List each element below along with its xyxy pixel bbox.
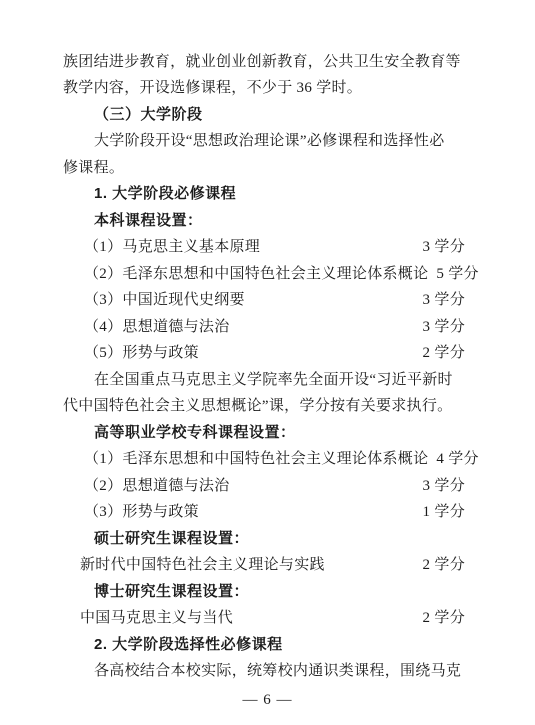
line-text: （4）思想道德与法治 [84,315,230,336]
course-line: （1）马克思主义基本原理3 学分 [63,233,465,260]
body-line: 大学阶段开设“思想政治理论课”必修课程和选择性必 [63,127,465,154]
course-line: （2）毛泽东思想和中国特色社会主义理论体系概论5 学分 [63,259,465,286]
heading-line: 本科课程设置： [63,206,465,233]
credit-value: 3 学分 [415,288,465,309]
body-line: 各高校结合本校实际，统筹校内通识类课程，围绕马克 [63,657,465,684]
course-line: （4）思想道德与法治3 学分 [63,312,465,339]
course-line: （2）思想道德与法治3 学分 [63,471,465,498]
document-page: 族团结进步教育，就业创业创新教育，公共卫生安全教育等教学内容，开设选修课程，不少… [0,0,535,725]
line-text: 代中国特色社会主义思想概论”课，学分按有关要求执行。 [63,394,452,415]
course-line: （3）形势与政策1 学分 [63,498,465,525]
document-body: 族团结进步教育，就业创业创新教育，公共卫生安全教育等教学内容，开设选修课程，不少… [63,47,465,683]
line-text: 族团结进步教育，就业创业创新教育，公共卫生安全教育等 [63,50,461,71]
course-line: 新时代中国特色社会主义理论与实践2 学分 [63,551,465,578]
line-text: 在全国重点马克思主义学院率先全面开设“习近平新时 [94,368,453,389]
page-footer: — 6 — [0,692,535,709]
body-line: 修课程。 [63,153,465,180]
credit-value: 3 学分 [415,235,465,256]
line-text: （1）马克思主义基本原理 [84,235,260,256]
body-line: 教学内容，开设选修课程，不少于 36 学时。 [63,74,465,101]
line-text: 大学阶段开设“思想政治理论课”必修课程和选择性必 [94,129,445,150]
line-text: （5）形势与政策 [84,341,199,362]
credit-value: 1 学分 [415,500,465,521]
heading-line: 高等职业学校专科课程设置： [63,418,465,445]
line-text: 教学内容，开设选修课程，不少于 36 学时。 [63,76,362,97]
credit-value: 2 学分 [415,341,465,362]
line-text: 高等职业学校专科课程设置： [94,421,296,442]
credit-value: 5 学分 [428,262,478,283]
course-line: （1）毛泽东思想和中国特色社会主义理论体系概论4 学分 [63,445,465,472]
credit-value: 2 学分 [415,606,465,627]
line-text: 中国马克思主义与当代 [80,606,233,627]
heading-line: 2. 大学阶段选择性必修课程 [63,630,465,657]
line-text: 1. 大学阶段必修课程 [94,182,236,203]
line-text: 各高校结合本校实际，统筹校内通识类课程，围绕马克 [94,659,461,680]
page-number: — 6 — [243,692,293,708]
credit-value: 3 学分 [415,474,465,495]
body-line: 族团结进步教育，就业创业创新教育，公共卫生安全教育等 [63,47,465,74]
credit-value: 4 学分 [428,447,478,468]
line-text: 博士研究生课程设置： [94,580,249,601]
line-text: 本科课程设置： [94,209,203,230]
line-text: 修课程。 [63,156,124,177]
line-text: 2. 大学阶段选择性必修课程 [94,633,283,654]
heading-line: 硕士研究生课程设置： [63,524,465,551]
line-text: （2）思想道德与法治 [84,474,230,495]
heading-line: 1. 大学阶段必修课程 [63,180,465,207]
line-text: （3）中国近现代史纲要 [84,288,245,309]
line-text: （1）毛泽东思想和中国特色社会主义理论体系概论 [84,447,428,468]
course-line: 中国马克思主义与当代2 学分 [63,604,465,631]
line-text: 硕士研究生课程设置： [94,527,249,548]
heading-line: 博士研究生课程设置： [63,577,465,604]
line-text: （3）形势与政策 [84,500,199,521]
body-line: 在全国重点马克思主义学院率先全面开设“习近平新时 [63,365,465,392]
body-line: 代中国特色社会主义思想概论”课，学分按有关要求执行。 [63,392,465,419]
line-text: （三）大学阶段 [94,103,203,124]
line-text: （2）毛泽东思想和中国特色社会主义理论体系概论 [84,262,428,283]
course-line: （3）中国近现代史纲要3 学分 [63,286,465,313]
credit-value: 2 学分 [415,553,465,574]
heading-line: （三）大学阶段 [63,100,465,127]
course-line: （5）形势与政策2 学分 [63,339,465,366]
credit-value: 3 学分 [415,315,465,336]
line-text: 新时代中国特色社会主义理论与实践 [80,553,325,574]
